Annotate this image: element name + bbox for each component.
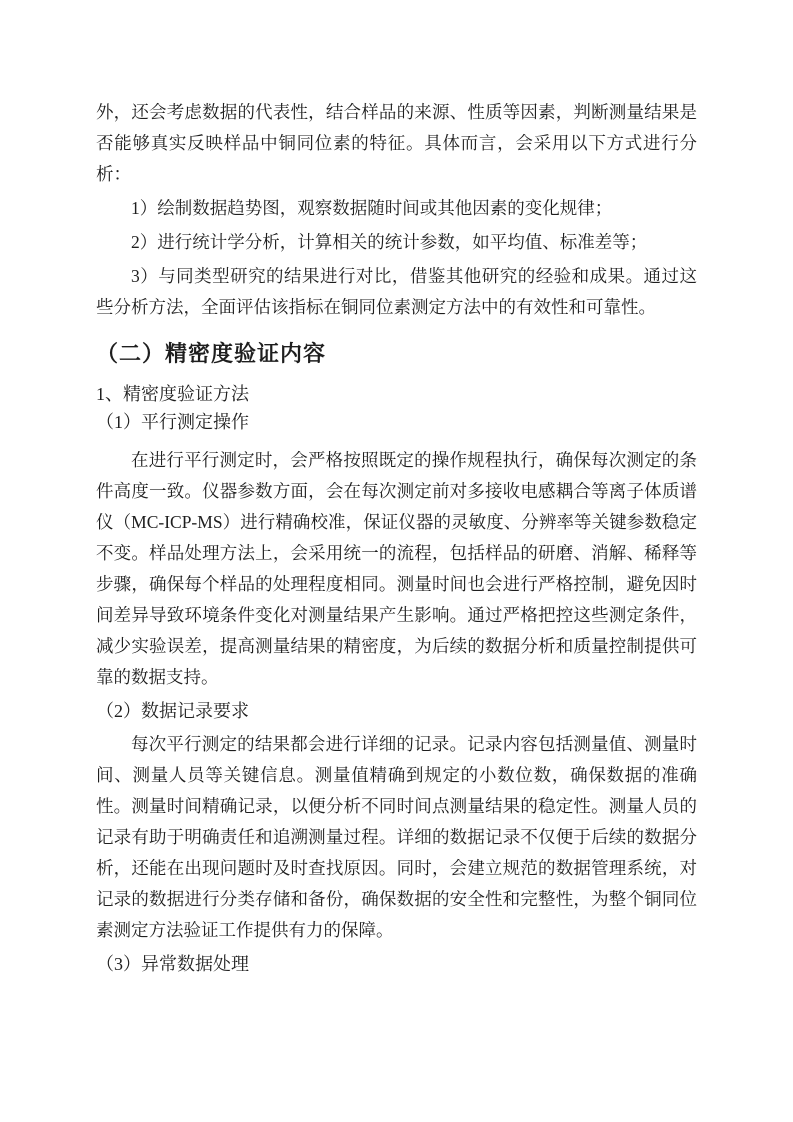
section-heading: （二）精密度验证内容 [96, 337, 697, 371]
document-page: 外，还会考虑数据的代表性，结合样品的来源、性质等因素，判断测量结果是否能够真实反… [0, 0, 793, 1122]
body-paragraph: 每次平行测定的结果都会进行详细的记录。记录内容包括测量值、测量时间、测量人员等关… [96, 729, 697, 946]
subsection-heading: 1、精密度验证方法 [96, 380, 697, 408]
sub-subsection-heading: （2）数据记录要求 [96, 697, 697, 725]
list-item: 1）绘制数据趋势图，观察数据随时间或其他因素的变化规律； [96, 193, 697, 224]
sub-subsection-heading: （3）异常数据处理 [96, 950, 697, 978]
paragraph-continuation: 外，还会考虑数据的代表性，结合样品的来源、性质等因素，判断测量结果是否能够真实反… [96, 97, 697, 190]
list-item: 3）与同类型研究的结果进行对比，借鉴其他研究的经验和成果。通过这些分析方法，全面… [96, 261, 697, 323]
body-paragraph: 在进行平行测定时，会严格按照既定的操作规程执行，确保每次测定的条件高度一致。仪器… [96, 445, 697, 693]
sub-subsection-heading: （1）平行测定操作 [96, 408, 697, 436]
list-item: 2）进行统计学分析，计算相关的统计参数，如平均值、标准差等； [96, 227, 697, 258]
